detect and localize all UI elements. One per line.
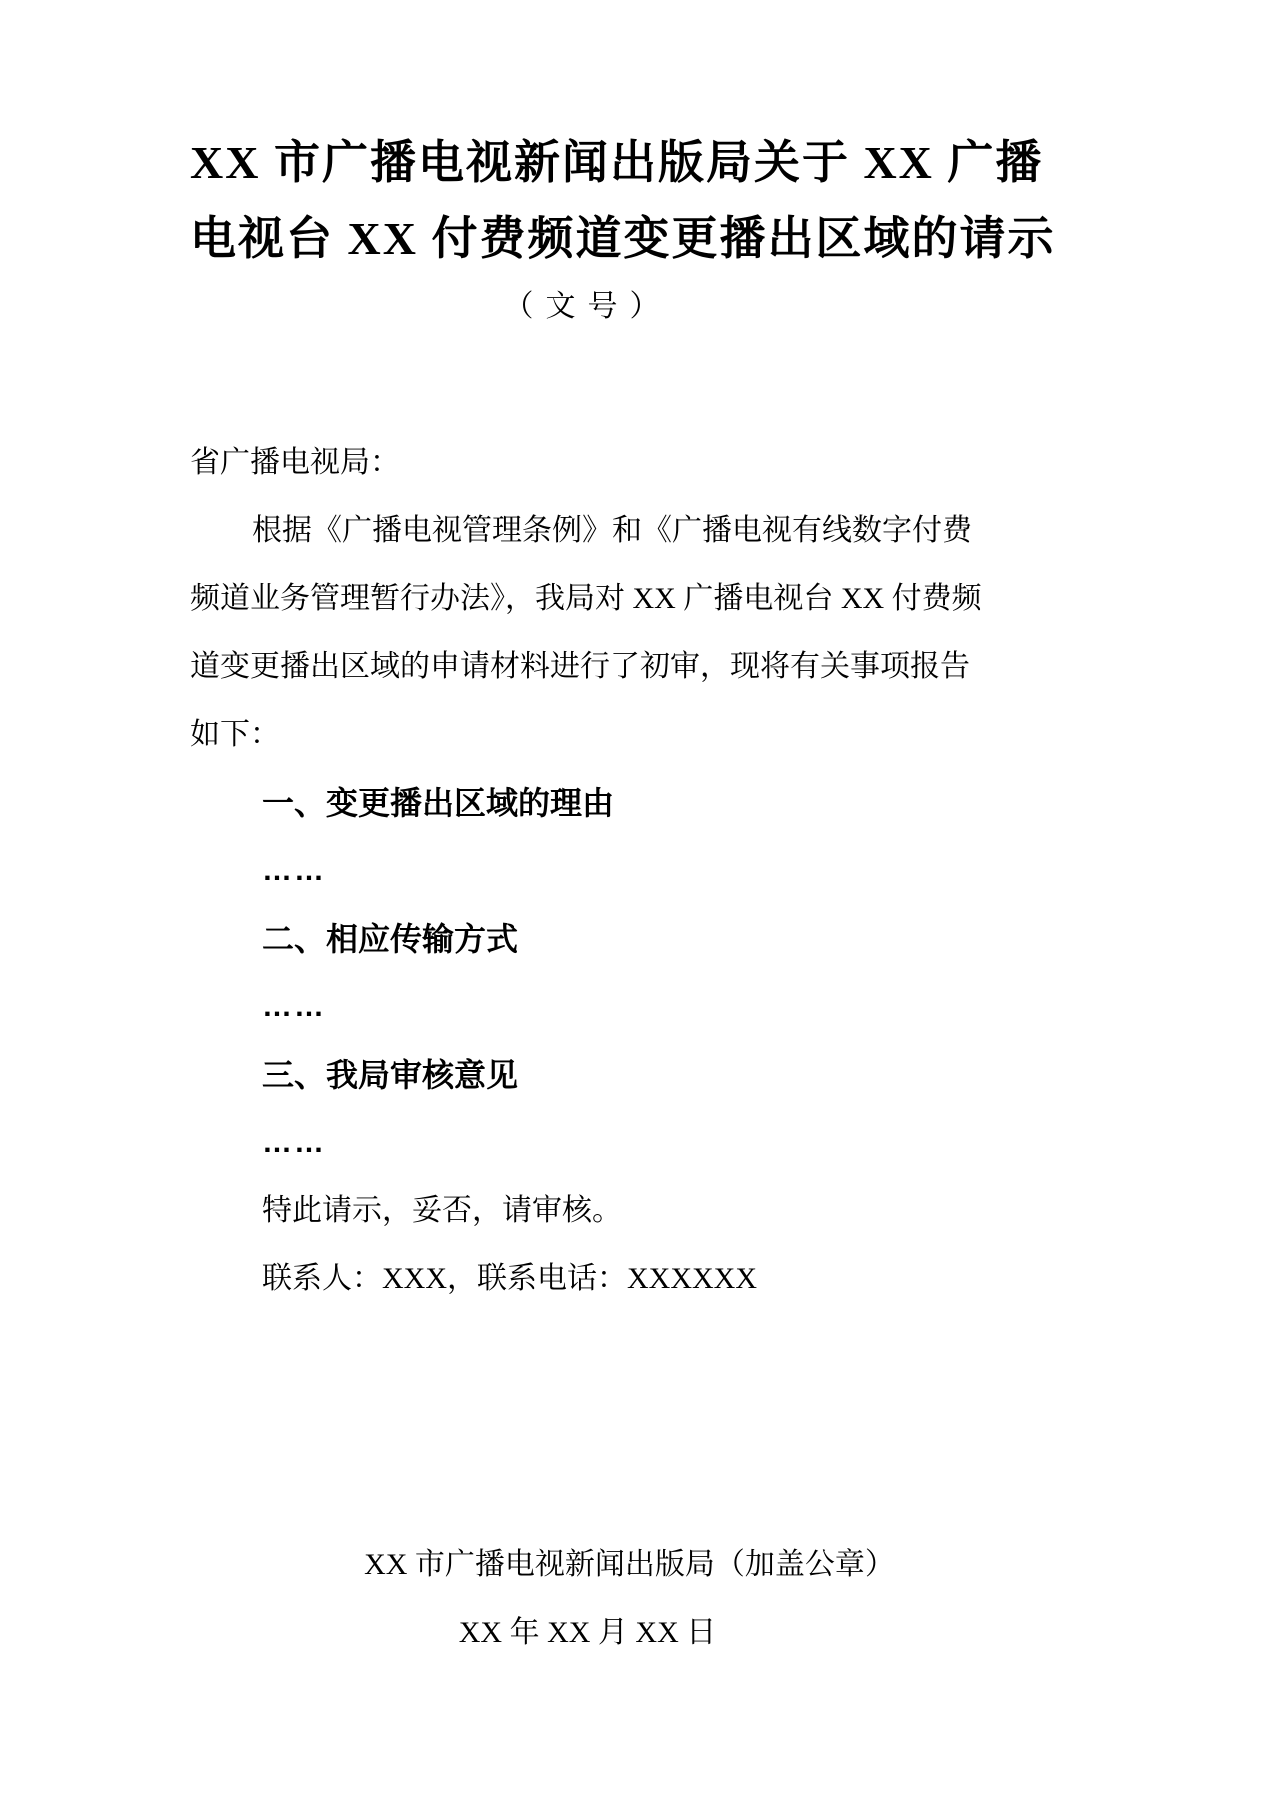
contact-line: 联系人：XXX，联系电话：XXXXXX (190, 1245, 1000, 1313)
document-title: XX 市广播电视新闻出版局关于 XX 广播 电视台 XX 付费频道变更播出区域的… (190, 125, 985, 277)
salutation: 省广播电视局： (190, 429, 1000, 497)
section-2-placeholder: …… (190, 973, 1000, 1041)
signature-line: XX 市广播电视新闻出版局（加盖公章） (232, 1531, 1027, 1599)
signature-block: XX 市广播电视新闻出版局（加盖公章） XX 年 XX 月 XX 日 (190, 1531, 985, 1667)
opening-paragraph: 根据《广播电视管理条例》和《广播电视有线数字付费 频道业务管理暂行办法》，我局对… (190, 497, 1000, 769)
section-3-placeholder: …… (190, 1109, 1000, 1177)
document-page: XX 市广播电视新闻出版局关于 XX 广播 电视台 XX 付费频道变更播出区域的… (0, 0, 1280, 1810)
section-1-heading: 一、变更播出区域的理由 (190, 769, 1000, 837)
document-body: 省广播电视局： 根据《广播电视管理条例》和《广播电视有线数字付费 频道业务管理暂… (190, 429, 1000, 1313)
document-number: （文号） (190, 285, 985, 329)
section-1-placeholder: …… (190, 837, 1000, 905)
closing-line: 特此请示，妥否，请审核。 (190, 1177, 1000, 1245)
section-3-heading: 三、我局审核意见 (190, 1041, 1000, 1109)
date-line: XX 年 XX 月 XX 日 (190, 1599, 985, 1667)
section-2-heading: 二、相应传输方式 (190, 905, 1000, 973)
